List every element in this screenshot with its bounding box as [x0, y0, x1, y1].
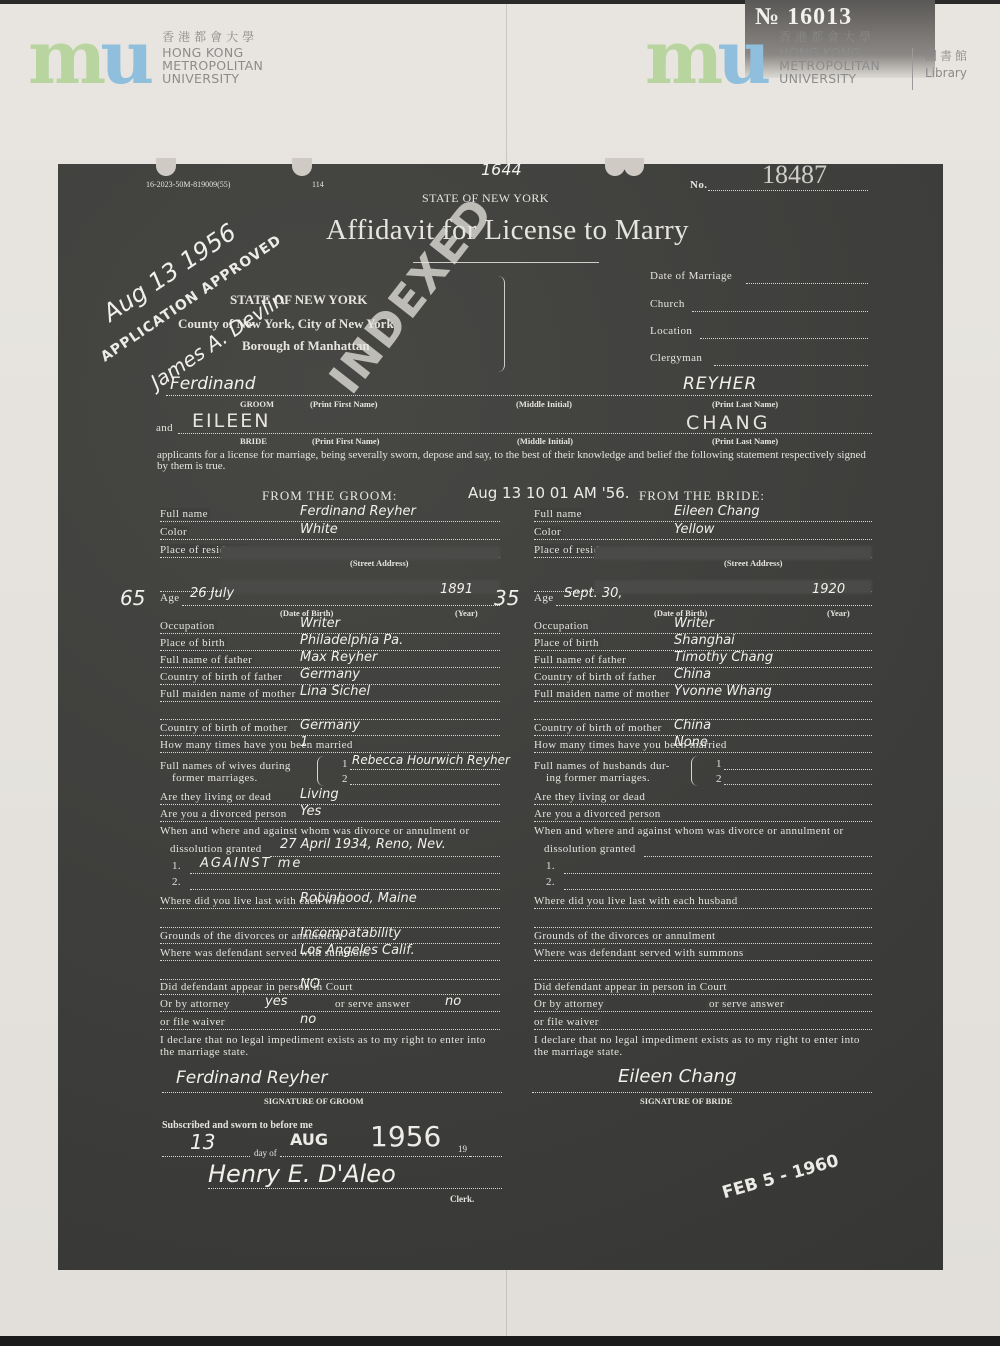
groom-mother-country-label: Country of birth of mother [160, 722, 290, 734]
bride-dissolution-label: dissolution granted [544, 843, 638, 855]
sworn-statement: applicants for a license for marriage, b… [157, 450, 873, 472]
groom-spouse-1-num: 1 [342, 758, 348, 770]
affidavit-document: 16-2023-50M-819009(55) 114 STATE OF NEW … [58, 164, 943, 1270]
groom-dissolution-line [270, 856, 500, 857]
bride-divorced-person-label: Are you a divorced person [534, 808, 663, 820]
first-name-caption: (Print First Name) [312, 436, 380, 446]
groom-mother-maiden-name-value: Lina Sichel [300, 684, 370, 699]
bride-spouse-2-num: 2 [716, 773, 722, 785]
groom-place-of-birth-value: Philadelphia Pa. [300, 633, 403, 648]
bride-age-label: Age [534, 592, 554, 604]
bride-father-name-label: Full name of father [534, 654, 628, 666]
library-english: Library [925, 65, 970, 82]
university-logo-right: mu 香港都會大學 HONG KONG METROPOLITAN UNIVERS… [645, 28, 880, 88]
bride-mother-maiden-name-label: Full maiden name of mother [534, 688, 672, 700]
bride-file-waiver-line [534, 1029, 872, 1030]
groom-prior-spouses-label2: former marriages. [172, 772, 258, 784]
groom-signature: Ferdinand Reyher [176, 1068, 327, 1088]
groom-living-or-dead-value: Living [300, 787, 339, 802]
groom-full-name-value: Ferdinand Reyher [300, 504, 416, 519]
bride-mother-country-value: China [674, 718, 711, 733]
groom-defendant-appear-label: Did defendant appear in person in Court [160, 981, 355, 993]
bride-color-value: Yellow [674, 522, 714, 537]
groom-attorney-label: Or by attorney [160, 998, 232, 1010]
groom-last-name: REYHER [683, 374, 757, 394]
groom-age-note: 65 [120, 586, 145, 610]
bride-signature-caption: SIGNATURE OF BRIDE [640, 1096, 733, 1106]
groom-section-heading: FROM THE GROOM: [262, 488, 397, 504]
groom-living-or-dead-line [160, 804, 500, 805]
groom-dissolution-value: 27 April 1934, Reno, Nev. [280, 837, 446, 852]
university-logo-left: mu 香港都會大學 HONG KONG METROPOLITAN UNIVERS… [28, 28, 263, 88]
bride-signature: Eileen Chang [618, 1066, 737, 1087]
groom-serve-answer-value: no [445, 994, 461, 1009]
bride-birth-year: 1920 [812, 582, 845, 597]
number-label: No. [690, 179, 707, 191]
groom-summons-line2-line [160, 979, 500, 980]
license-number: 18487 [762, 160, 827, 190]
groom-defendant-appear-value: NO [300, 977, 320, 992]
bride-age-line [556, 605, 872, 606]
bride-place-of-birth-value: Shanghai [674, 633, 735, 648]
groom-first-name: Ferdinand [170, 374, 256, 394]
date-of-marriage-label: Date of Marriage [650, 270, 732, 282]
bride-divorce-1-line [564, 873, 872, 874]
groom-occupation-label: Occupation [160, 620, 217, 632]
groom-street-address-caption: (Street Address) [350, 558, 408, 568]
bride-mother-maiden-name-line [534, 701, 872, 702]
groom-divorced-person-value: Yes [300, 804, 321, 819]
groom-divorce-1-line [190, 873, 500, 874]
bride-spouse-1-line [724, 769, 872, 770]
sworn-day: 13 [190, 1130, 215, 1154]
groom-times-married-label: How many times have you been married [160, 739, 355, 751]
bride-serve-answer-label: or serve answer [706, 998, 787, 1010]
bride-father-name-value: Timothy Chang [674, 650, 773, 665]
bride-birth-date: Sept. 30, [564, 586, 623, 601]
bride-occupation-value: Writer [674, 616, 714, 631]
groom-father-country-value: Germany [300, 667, 360, 682]
groom-divorced-person-label: Are you a divorced person [160, 808, 289, 820]
groom-serve-answer-label: or serve answer [332, 998, 413, 1010]
groom-attorney-line [160, 1011, 500, 1012]
groom-birth-year: 1891 [440, 582, 473, 597]
bride-mother-country-label: Country of birth of mother [534, 722, 664, 734]
sworn-year-stamp: 1956 [370, 1120, 441, 1153]
library-chinese: 圖書館 [925, 48, 970, 65]
groom-mother-country-value: Germany [300, 718, 360, 733]
last-name-caption: (Print Last Name) [712, 436, 778, 446]
groom-role-label: GROOM [240, 399, 274, 409]
groom-file-waiver-value: no [300, 1012, 316, 1027]
groom-spouse-2-num: 2 [342, 773, 348, 785]
bride-prior-spouses-label2: ing former marriages. [546, 772, 650, 784]
university-name-line3: UNIVERSITY [162, 72, 263, 85]
bride-spouse-2-line [724, 784, 872, 785]
bride-lived-last-label: Where did you live last with each husban… [534, 895, 740, 907]
groom-full-name-label: Full name [160, 508, 210, 520]
bride-date-of-birth-caption: (Date of Birth) [654, 608, 707, 618]
scan-edge-bottom [0, 1336, 1000, 1346]
university-chinese-name: 香港都會大學 [162, 31, 263, 44]
groom-prior-spouses-label: Full names of wives during [160, 760, 291, 772]
bride-prior-spouses-label: Full names of husbands dur- [534, 760, 670, 772]
groom-file-waiver-label: or file waiver [160, 1016, 227, 1028]
bride-street-address-caption: (Street Address) [724, 558, 782, 568]
bride-full-name-label: Full name [534, 508, 584, 520]
bride-last-name: CHANG [686, 412, 771, 434]
library-label: 圖書館 Library [912, 48, 970, 90]
middle-initial-caption: (Middle Initial) [517, 436, 573, 446]
handwritten-number: 1644 [481, 160, 522, 179]
groom-file-waiver-line [160, 1029, 500, 1030]
bride-full-name-value: Eileen Chang [674, 504, 760, 519]
bride-summons-line2-line [534, 979, 872, 980]
groom-divorce-2-line [190, 889, 500, 890]
groom-color-label: Color [160, 526, 189, 538]
bride-divorced-person-line [534, 821, 872, 822]
bride-brace [691, 756, 698, 786]
clergyman-label: Clergyman [650, 352, 702, 364]
bride-divorce-2-num: 2. [546, 876, 555, 888]
last-name-caption: (Print Last Name) [712, 399, 778, 409]
and-label: and [156, 422, 173, 434]
university-name-line3: UNIVERSITY [779, 72, 880, 85]
groom-times-married-value: 1 [300, 735, 308, 750]
bride-dissolution-line [644, 856, 872, 857]
groom-age-label: Age [160, 592, 180, 604]
groom-spouse-1-value: Rebecca Hourwich Reyher [352, 753, 510, 767]
groom-date-of-birth-caption: (Date of Birth) [280, 608, 333, 618]
bride-section-heading: FROM THE BRIDE: [639, 488, 765, 504]
bride-summons-served-label: Where was defendant served with summons [534, 947, 746, 959]
groom-divorce-1-value: AGAINST me [200, 856, 302, 871]
groom-divorce-2-num: 2. [172, 876, 181, 888]
feb-date-stamp: FEB 5 - 1960 [720, 1151, 841, 1203]
document-title: Affidavit for License to Marry [326, 214, 689, 247]
groom-dissolution-label: dissolution granted [170, 843, 264, 855]
mu-logo-mark: mu [645, 28, 765, 88]
bride-divorce-1-num: 1. [546, 860, 555, 872]
groom-father-name-label: Full name of father [160, 654, 254, 666]
groom-place-of-birth-label: Place of birth [160, 637, 227, 649]
groom-occupation-value: Writer [300, 616, 340, 631]
bride-times-married-value: None [674, 735, 708, 750]
bride-father-country-value: China [674, 667, 711, 682]
year-prefix: 19 [458, 1144, 467, 1154]
bride-summons-served-line [534, 960, 872, 961]
groom-divorced-person-line [160, 821, 500, 822]
groom-lived-last-value: Robinhood, Maine [300, 891, 417, 906]
bride-attorney-line [534, 1011, 872, 1012]
bride-role-label: BRIDE [240, 436, 267, 446]
middle-initial-caption: (Middle Initial) [516, 399, 572, 409]
groom-divorce-grounds-value: Incompatability [300, 926, 401, 941]
bride-living-or-dead-label: Are they living or dead [534, 791, 647, 803]
groom-mother-country-line [160, 735, 500, 736]
groom-year-caption: (Year) [455, 608, 478, 618]
groom-color-value: White [300, 522, 338, 537]
bride-place-of-birth-label: Place of birth [534, 637, 601, 649]
bride-lived-last-line2-line [534, 927, 872, 928]
day-of-label: day of [254, 1148, 277, 1158]
groom-spouse-2-line [350, 784, 500, 785]
church-label: Church [650, 298, 685, 310]
groom-divorce-1-num: 1. [172, 860, 181, 872]
groom-attorney-value: yes [265, 994, 287, 1009]
clerk-signature: Henry E. D'Aleo [208, 1160, 396, 1188]
bride-divorce-grounds-line [534, 943, 872, 944]
received-time-stamp: Aug 13 10 01 AM '56. [468, 484, 630, 502]
bride-age-note: 35 [494, 586, 519, 610]
groom-signature-caption: SIGNATURE OF GROOM [264, 1096, 364, 1106]
groom-color-line [160, 539, 500, 540]
groom-declaration: I declare that no legal impediment exist… [160, 1034, 500, 1058]
groom-living-or-dead-label: Are they living or dead [160, 791, 273, 803]
bride-first-name: EILEEN [192, 410, 270, 432]
bride-defendant-appear-label: Did defendant appear in person in Court [534, 981, 729, 993]
bride-declaration: I declare that no legal impediment exist… [534, 1034, 872, 1058]
clerk-label: Clerk. [450, 1194, 474, 1204]
bride-living-or-dead-line [534, 804, 872, 805]
groom-brace [317, 756, 324, 786]
location-label: Location [650, 325, 692, 337]
groom-summons-served-line [160, 960, 500, 961]
bride-color-line [534, 539, 872, 540]
groom-birth-date: 26 July [190, 586, 234, 601]
form-code-suffix: 114 [312, 180, 324, 189]
bride-father-country-label: Country of birth of father [534, 671, 658, 683]
groom-father-country-label: Country of birth of father [160, 671, 284, 683]
bride-file-waiver-label: or file waiver [534, 1016, 601, 1028]
bride-times-married-line [534, 752, 872, 753]
groom-mother-maiden-name-line [160, 701, 500, 702]
bride-attorney-label: Or by attorney [534, 998, 606, 1010]
sworn-month-stamp: AUG [290, 1130, 328, 1149]
bride-defendant-appear-line [534, 994, 872, 995]
bride-lived-last-line [534, 908, 872, 909]
bride-year-caption: (Year) [827, 608, 850, 618]
bride-divorce-grounds-label: Grounds of the divorces or annulment [534, 930, 718, 942]
groom-age-line [182, 605, 500, 606]
bride-spouse-1-num: 1 [716, 758, 722, 770]
bride-color-label: Color [534, 526, 563, 538]
groom-father-name-value: Max Reyher [300, 650, 377, 665]
bride-occupation-label: Occupation [534, 620, 591, 632]
bride-divorce-2-line [564, 889, 872, 890]
bride-mother-maiden-name-value: Yvonne Whang [674, 684, 772, 699]
groom-spouse-1-line [350, 769, 500, 770]
first-name-caption: (Print First Name) [310, 399, 378, 409]
mu-logo-mark: mu [28, 28, 148, 88]
university-chinese-name: 香港都會大學 [779, 31, 880, 44]
bride-divorce-question: When and where and against whom was divo… [534, 825, 844, 837]
form-code: 16-2023-50M-819009(55) [146, 180, 230, 189]
groom-divorce-question: When and where and against whom was divo… [160, 825, 470, 837]
groom-lived-last-line [160, 908, 500, 909]
groom-summons-served-value: Los Angeles Calif. [300, 943, 415, 958]
groom-mother-maiden-name-label: Full maiden name of mother [160, 688, 298, 700]
